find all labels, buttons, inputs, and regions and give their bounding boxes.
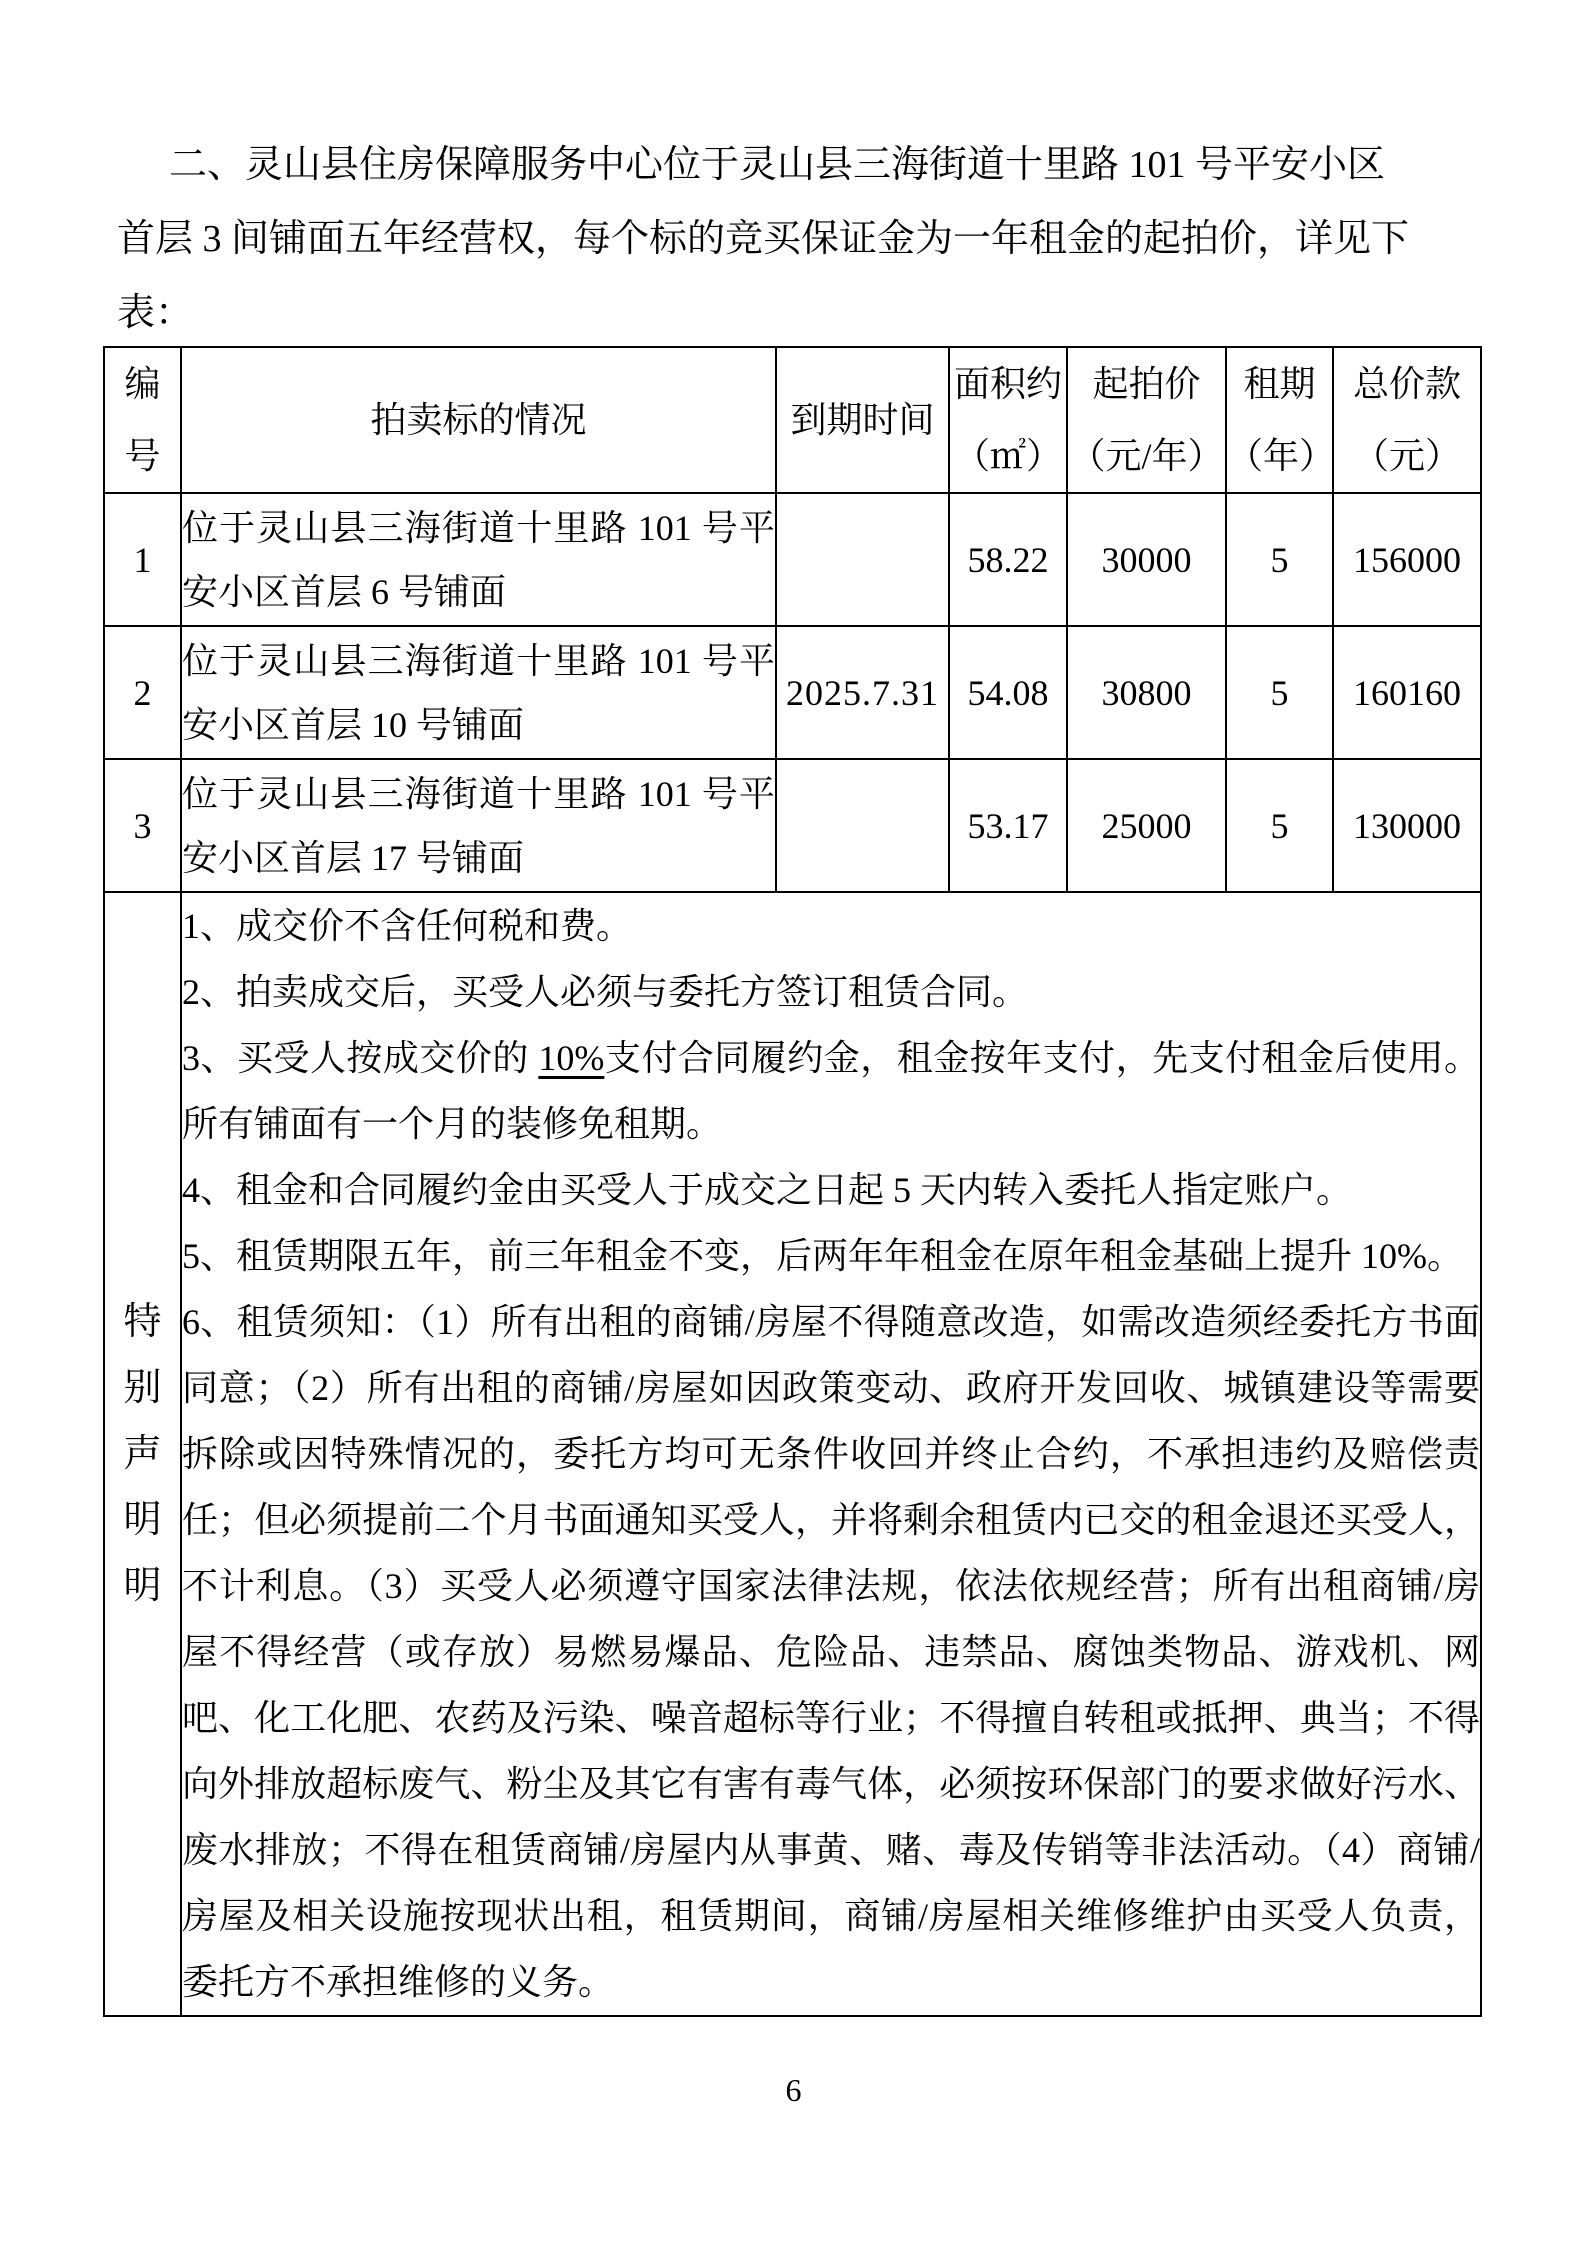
lot-no: 3 (104, 759, 181, 892)
lot-area: 53.17 (949, 759, 1067, 892)
auction-lots-table: 编 号 拍卖标的情况 到期时间 面积约 （㎡） 起拍价 （元/年） 租期 （年）… (103, 346, 1482, 2017)
lot-expiry: 2025.7.31 (776, 626, 949, 759)
header-area: 面积约 （㎡） (949, 347, 1067, 493)
lot-lease-term: 5 (1226, 493, 1333, 626)
lot-no: 1 (104, 493, 181, 626)
header-lot-description: 拍卖标的情况 (181, 347, 776, 493)
lot-no: 2 (104, 626, 181, 759)
lot-total-price: 130000 (1333, 759, 1481, 892)
note-item-1: 1、成交价不含任何税和费。 (182, 893, 1480, 959)
intro-line-3: 表： (117, 276, 1437, 350)
header-expiry-date: 到期时间 (776, 347, 949, 493)
table-row: 2 位于灵山县三海街道十里路 101 号平安小区首层 10 号铺面 2025.7… (104, 626, 1481, 759)
lot-description: 位于灵山县三海街道十里路 101 号平安小区首层 10 号铺面 (181, 626, 776, 759)
lot-lease-term: 5 (1226, 759, 1333, 892)
lot-area: 54.08 (949, 626, 1067, 759)
lot-description: 位于灵山县三海街道十里路 101 号平安小区首层 6 号铺面 (181, 493, 776, 626)
table-row: 1 位于灵山县三海街道十里路 101 号平安小区首层 6 号铺面 58.22 3… (104, 493, 1481, 626)
header-total-price: 总价款 （元） (1333, 347, 1481, 493)
lot-expiry (776, 493, 949, 626)
header-lease-term: 租期 （年） (1226, 347, 1333, 493)
note-item-4: 4、租金和合同履约金由买受人于成交之日起 5 天内转入委托人指定账户。 (182, 1157, 1480, 1223)
special-declaration-label-cell: 特别声明明 (104, 892, 181, 2016)
note-item-6: 6、租赁须知：（1）所有出租的商铺/房屋不得随意改造，如需改造须经委托方书面同意… (182, 1289, 1480, 2015)
lot-start-price: 25000 (1067, 759, 1226, 892)
lot-expiry (776, 759, 949, 892)
special-declaration-row: 特别声明明 1、成交价不含任何税和费。 2、拍卖成交后，买受人必须与委托方签订租… (104, 892, 1481, 2016)
lot-total-price: 160160 (1333, 626, 1481, 759)
header-no: 编 号 (104, 347, 181, 493)
lot-start-price: 30800 (1067, 626, 1226, 759)
intro-line-2: 首层 3 间铺面五年经营权，每个标的竞买保证金为一年租金的起拍价，详见下 (117, 202, 1437, 276)
header-start-price: 起拍价 （元/年） (1067, 347, 1226, 493)
table-header-row: 编 号 拍卖标的情况 到期时间 面积约 （㎡） 起拍价 （元/年） 租期 （年）… (104, 347, 1481, 493)
intro-line-1: 二、灵山县住房保障服务中心位于灵山县三海街道十里路 101 号平安小区 (117, 128, 1437, 202)
page-number: 6 (0, 2072, 1587, 2109)
special-declaration-label: 特别声明明 (122, 1289, 164, 1619)
note-item-3-text: 3、买受人按成交价的 (182, 1038, 538, 1078)
lot-lease-term: 5 (1226, 626, 1333, 759)
table-row: 3 位于灵山县三海街道十里路 101 号平安小区首层 17 号铺面 53.17 … (104, 759, 1481, 892)
special-declaration-content: 1、成交价不含任何税和费。 2、拍卖成交后，买受人必须与委托方签订租赁合同。 3… (181, 892, 1481, 2016)
note-item-2: 2、拍卖成交后，买受人必须与委托方签订租赁合同。 (182, 959, 1480, 1025)
lot-start-price: 30000 (1067, 493, 1226, 626)
lot-area: 58.22 (949, 493, 1067, 626)
lot-total-price: 156000 (1333, 493, 1481, 626)
intro-paragraph: 二、灵山县住房保障服务中心位于灵山县三海街道十里路 101 号平安小区 首层 3… (117, 128, 1437, 350)
note-item-5: 5、租赁期限五年，前三年租金不变，后两年年租金在原年租金基础上提升 10%。 (182, 1223, 1480, 1289)
lot-description: 位于灵山县三海街道十里路 101 号平安小区首层 17 号铺面 (181, 759, 776, 892)
note-item-3-underlined-value: 10% (538, 1038, 604, 1078)
document-page: 二、灵山县住房保障服务中心位于灵山县三海街道十里路 101 号平安小区 首层 3… (0, 0, 1587, 2244)
note-item-3: 3、买受人按成交价的 10%支付合同履约金，租金按年支付，先支付租金后使用。所有… (182, 1025, 1480, 1157)
